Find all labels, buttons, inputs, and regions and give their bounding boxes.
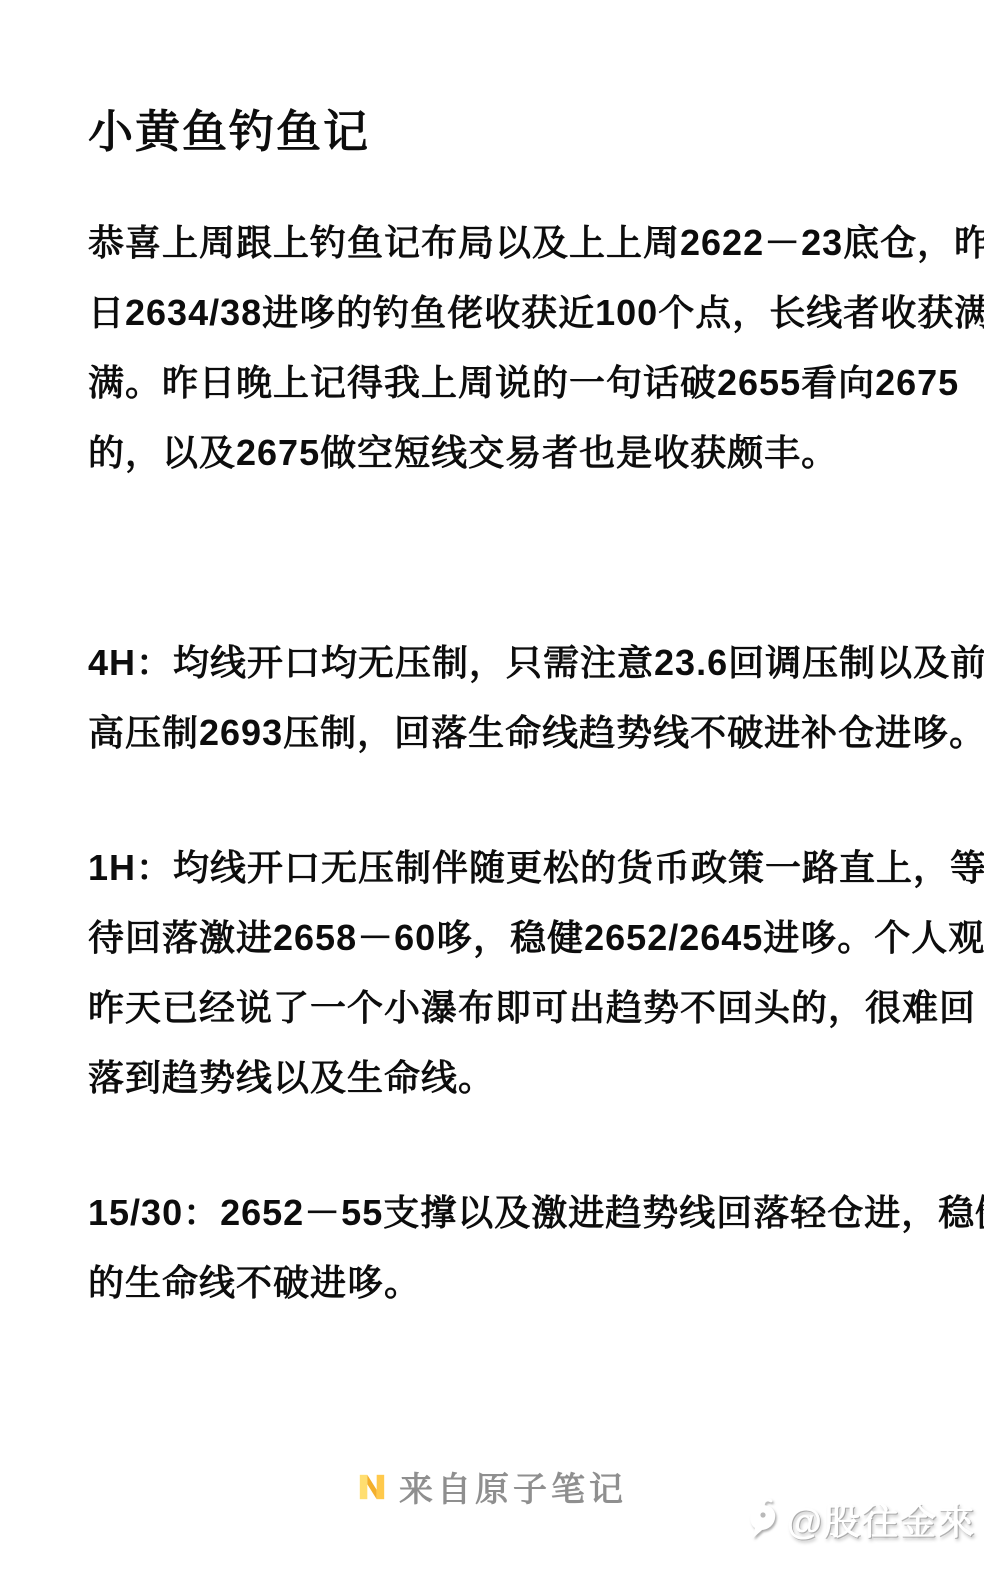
text-line: 的生命线不破进哆。: [88, 1248, 954, 1318]
note-title: 小黄鱼钓鱼记: [88, 100, 370, 164]
watermark-handle: @股往金來: [787, 1494, 976, 1545]
text-line: 日2634/38进哆的钓鱼佬收获近100个点，长线者收获满: [88, 278, 954, 348]
text-line: 恭喜上周跟上钓鱼记布局以及上上周2622－23底仓，昨: [88, 208, 954, 278]
text-line: 满。昨日晚上记得我上周说的一句话破2655看向2675: [88, 348, 954, 418]
text-line: 高压制2693压制，回落生命线趋势线不破进补仓进哆。: [88, 698, 954, 768]
paragraph-intro: 恭喜上周跟上钓鱼记布局以及上上周2622－23底仓，昨 日2634/38进哆的钓…: [88, 208, 954, 488]
atom-notes-n-logo-icon: [357, 1471, 387, 1503]
text-line: 4H：均线开口均无压制，只需注意23.6回调压制以及前: [88, 628, 954, 698]
note-page: 小黄鱼钓鱼记 恭喜上周跟上钓鱼记布局以及上上周2622－23底仓，昨 日2634…: [0, 0, 984, 1576]
text-line: 的，以及2675做空短线交易者也是收获颇丰。: [88, 418, 954, 488]
text-line: 15/30：2652－55支撑以及激进趋势线回落轻仓进，稳健: [88, 1178, 954, 1248]
paragraph-15-30-analysis: 15/30：2652－55支撑以及激进趋势线回落轻仓进，稳健 的生命线不破进哆。: [88, 1178, 954, 1318]
text-line: 待回落激进2658－60哆，稳健2652/2645进哆。个人观点: [88, 903, 954, 973]
footer-source-label: 来自原子笔记: [399, 1462, 627, 1511]
text-line: 1H：均线开口无压制伴随更松的货币政策一路直上，等: [88, 833, 954, 903]
speech-bubble-bird-logo-icon: [739, 1495, 783, 1545]
paragraph-1h-analysis: 1H：均线开口无压制伴随更松的货币政策一路直上，等 待回落激进2658－60哆，…: [88, 833, 954, 1113]
text-line: 落到趋势线以及生命线。: [88, 1043, 954, 1113]
platform-watermark: @股往金來: [739, 1494, 976, 1545]
paragraph-4h-analysis: 4H：均线开口均无压制，只需注意23.6回调压制以及前 高压制2693压制，回落…: [88, 628, 954, 768]
text-line: 昨天已经说了一个小瀑布即可出趋势不回头的，很难回: [88, 973, 954, 1043]
